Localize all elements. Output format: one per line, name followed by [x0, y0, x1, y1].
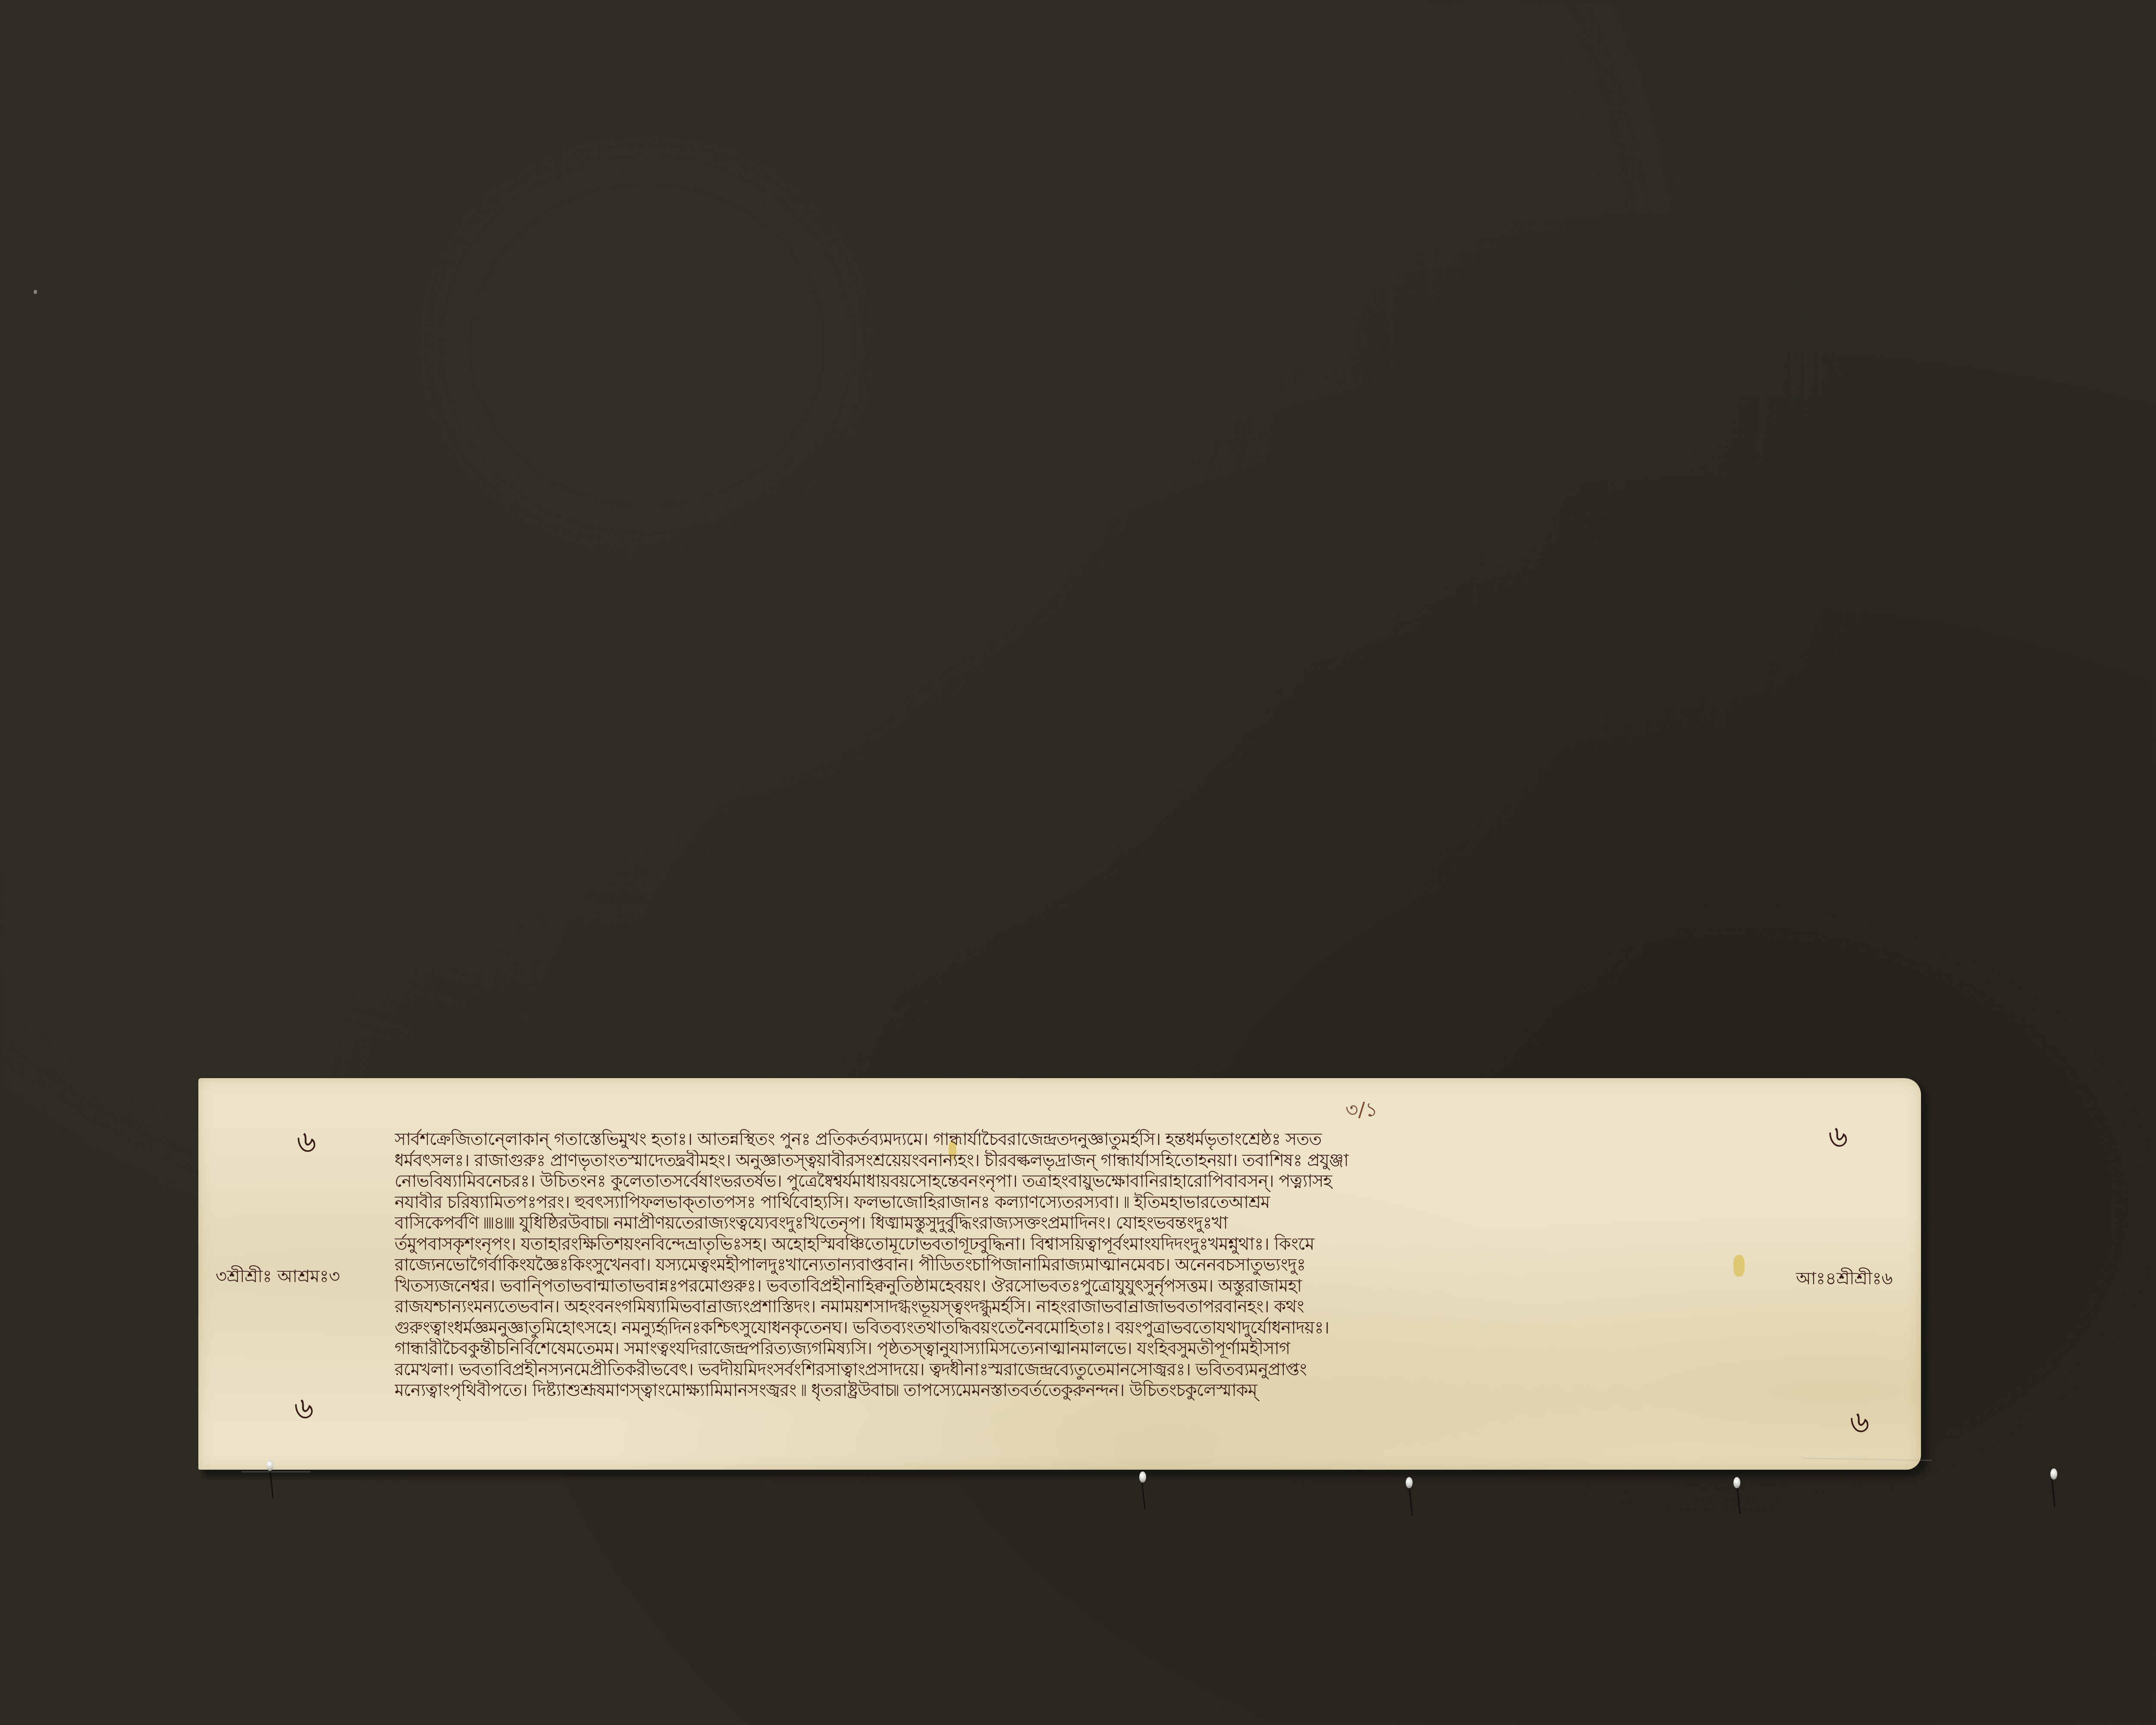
- mounting-pin: [1406, 1477, 1413, 1488]
- mounting-pin: [266, 1460, 273, 1471]
- text-line: গুরুংত্বাংধর্মজ্ঞমনুজ্ঞাতুমিহোৎসহে। নমন্…: [395, 1317, 2029, 1339]
- margin-numeral-left-top: ৬: [297, 1126, 317, 1157]
- manuscript-text: সার্বশক্রেজিতান্লোকান্ গতাস্তেভিমুখং হতা…: [395, 1129, 2029, 1401]
- folio-annotation: ৩/১: [1345, 1100, 1378, 1120]
- text-line: ধর্মবৎসলঃ। রাজাগুরুঃ প্রাণভৃতাংতস্মাদেতদ…: [395, 1150, 2029, 1171]
- text-line: রাজযশ্চান্যংমন্যতেভবান। অহংবনংগমিষ্যামিভ…: [395, 1296, 2029, 1317]
- mounting-pin: [1733, 1477, 1740, 1488]
- manuscript-leaf: ৩/১ ৬ ৬ ৬ ৬ ৩শ্রীশ্রীঃ আশ্রমঃ৩ আঃ৪শ্রীশ্…: [198, 1078, 1921, 1470]
- text-line: নোভবিষ্যামিবনেচরঃ। উচিতংনঃ কুলেতাতসর্বেষ…: [395, 1171, 2029, 1192]
- margin-numeral-right-bottom: ৬: [1850, 1407, 1870, 1437]
- text-line: বাসিকেপর্বণি ৷৷৷৷৪৷৷৷৷ যুধিষ্ঠিরউবাচ৷৷ ন…: [395, 1213, 2029, 1234]
- mounting-thread: [241, 1471, 310, 1472]
- pin-shadow: [2051, 1477, 2055, 1507]
- text-line: মন্যেত্বাংপৃথিবীপতে। দিষ্ট্যাশুশ্রূষমাণস…: [395, 1380, 2029, 1401]
- text-line: রাজ্যেনভোগৈর্বাকিংযজ্ঞৈঃকিংসুখেনবা। যস্য…: [395, 1255, 2029, 1276]
- pin-shadow: [1141, 1479, 1145, 1509]
- dust-speck: [34, 290, 37, 294]
- text-line: নযাবীর চরিষ্যামিতপঃপরং। হুবৎস্যাপিফলভাক্…: [395, 1192, 2029, 1213]
- text-line: র্তমুপবাসকৃশংনৃপং। যতাহারংক্ষিতিশয়ংনবিন…: [395, 1234, 2029, 1255]
- pin-shadow: [1408, 1486, 1413, 1516]
- text-line: খিতস্যজনেশ্বর। ভবান্পিতাভবান্মাতাভবান্নঃ…: [395, 1276, 2029, 1297]
- mounting-pin: [1139, 1471, 1146, 1483]
- margin-numeral-left-bottom: ৬: [294, 1393, 314, 1423]
- text-line: গান্ধারীচৈবকুন্তীচনির্বিশেষেমতেমম। সমাংত…: [395, 1338, 2029, 1359]
- text-line: রমেখলা। ভবতাবিপ্রহীনস্যনমেপ্রীতিকরীভবেৎ।…: [395, 1359, 2029, 1380]
- text-line: সার্বশক্রেজিতান্লোকান্ গতাস্তেভিমুখং হতা…: [395, 1129, 2029, 1150]
- left-margin-label: ৩শ্রীশ্রীঃ আশ্রমঃ৩: [216, 1268, 340, 1285]
- mounting-pin: [2050, 1468, 2057, 1480]
